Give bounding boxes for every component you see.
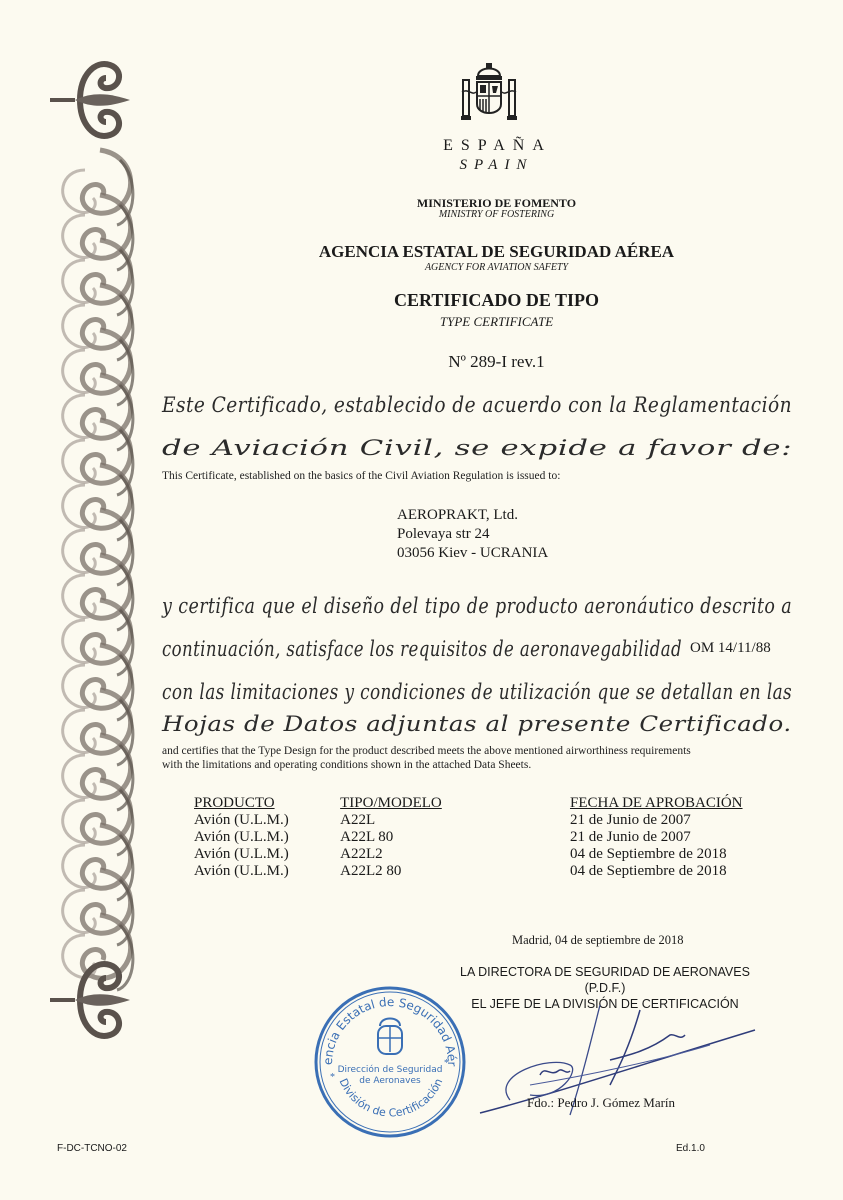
certification-english-line-2: with the limitations and operating condi… (162, 759, 531, 771)
model-cell: A22L2 80 (340, 863, 570, 880)
edition: Ed.1.0 (676, 1143, 705, 1154)
certification-script-line-2: continuación, satisface los requisitos d… (162, 637, 682, 661)
model-cell: A22L2 (340, 846, 570, 863)
svg-text:*: * (330, 1072, 335, 1083)
holder-city: 03056 Kiev - UCRANIA (397, 544, 548, 563)
product-cell: Avión (U.L.M.) (194, 829, 340, 846)
header-fecha-aprobacion: FECHA DE APROBACIÓN (570, 795, 743, 811)
header-producto: PRODUCTO (194, 795, 275, 811)
ministry-name-en: MINISTRY OF FOSTERING (0, 209, 843, 220)
product-cell: Avión (U.L.M.) (194, 846, 340, 863)
holder-name: AEROPRAKT, Ltd. (397, 506, 518, 525)
date-cell: 04 de Septiembre de 2018 (570, 846, 794, 863)
country-name-en: SPAIN (0, 157, 843, 174)
model-cell: A22L 80 (340, 829, 570, 846)
official-stamp-icon: Agencia Estatal de Seguridad Aérea Divis… (310, 982, 470, 1142)
coat-of-arms-icon (460, 62, 518, 128)
country-name-es: ESPAÑA (0, 137, 843, 155)
svg-text:Dirección de Seguridad: Dirección de Seguridad (338, 1064, 443, 1075)
signatory-title-1: LA DIRECTORA DE SEGURIDAD DE AERONAVES (420, 965, 790, 979)
certification-script-line-1: y certifica que el diseño del tipo de pr… (162, 594, 792, 618)
certification-script-line-3: con las limitaciones y condiciones de ut… (162, 680, 792, 704)
certification-script-line-4: Hojas de Datos adjuntas al presente Cert… (162, 712, 792, 736)
product-cell: Avión (U.L.M.) (194, 863, 340, 880)
table-row: Avión (U.L.M.) A22L 80 21 de Junio de 20… (194, 829, 794, 846)
table-header-row: PRODUCTO TIPO/MODELO FECHA DE APROBACIÓN (194, 795, 794, 812)
svg-text:de Aeronaves: de Aeronaves (359, 1076, 421, 1086)
products-table: PRODUCTO TIPO/MODELO FECHA DE APROBACIÓN… (194, 795, 794, 880)
certificate-number: Nº 289-I rev.1 (0, 352, 843, 372)
signatory-title-2: (P.D.F.) (420, 981, 790, 995)
svg-text:*: * (444, 1058, 449, 1069)
document-title-en: TYPE CERTIFICATE (0, 314, 843, 330)
regulation-reference: OM 14/11/88 (690, 640, 771, 657)
preamble-script-line-2: de Aviación Civil, se expide a favor de: (162, 436, 792, 460)
header-tipo-modelo: TIPO/MODELO (340, 795, 442, 811)
document-title-es: CERTIFICADO DE TIPO (0, 290, 843, 311)
date-cell: 04 de Septiembre de 2018 (570, 863, 794, 880)
preamble-script-line-1: Este Certificado, establecido de acuerdo… (162, 393, 792, 417)
table-row: Avión (U.L.M.) A22L2 04 de Septiembre de… (194, 846, 794, 863)
form-code: F-DC-TCNO-02 (57, 1143, 127, 1154)
holder-street: Polevaya str 24 (397, 525, 489, 544)
agency-name-en: AGENCY FOR AVIATION SAFETY (0, 262, 843, 273)
product-cell: Avión (U.L.M.) (194, 812, 340, 829)
place-date: Madrid, 04 de septiembre de 2018 (512, 933, 683, 948)
model-cell: A22L (340, 812, 570, 829)
table-row: Avión (U.L.M.) A22L2 80 04 de Septiembre… (194, 863, 794, 880)
date-cell: 21 de Junio de 2007 (570, 812, 794, 829)
preamble-english: This Certificate, established on the bas… (162, 470, 560, 482)
signed-by: Fdo.: Pedro J. Gómez Marín (527, 1095, 675, 1111)
date-cell: 21 de Junio de 2007 (570, 829, 794, 846)
agency-name-es: AGENCIA ESTATAL DE SEGURIDAD AÉREA (0, 242, 843, 262)
table-row: Avión (U.L.M.) A22L 21 de Junio de 2007 (194, 812, 794, 829)
certification-english-line-1: and certifies that the Type Design for t… (162, 745, 691, 757)
